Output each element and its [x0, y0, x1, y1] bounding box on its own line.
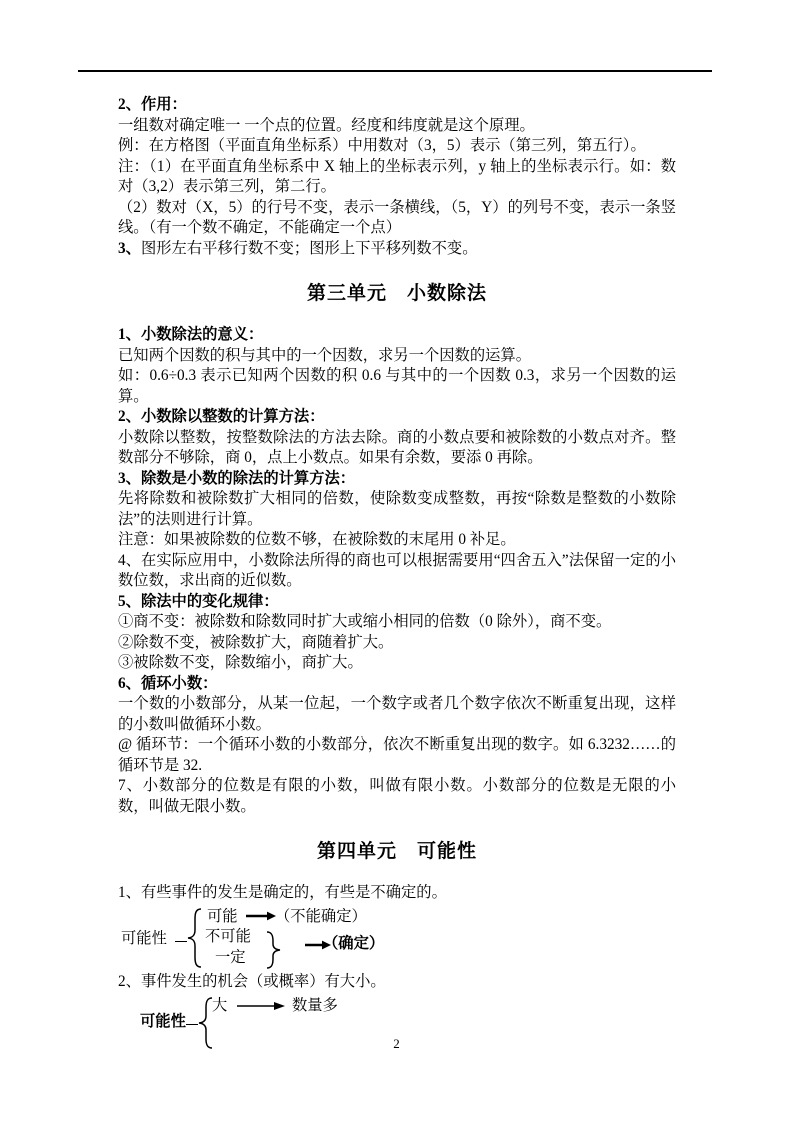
document-page: 2、作用： 一组数对确定唯一 一个点的位置。经度和纬度就是这个原理。 例：在方格… [0, 0, 793, 1122]
unit3-title: 第三单元 小数除法 [118, 281, 676, 307]
paragraph-text: 一个数的小数部分，从某一位起，一个数字或者几个数字依次不断重复出现，这样的小数叫… [118, 695, 676, 733]
paragraph-text: 如：0.6÷0.3 表示已知两个因数的积 0.6 与其中的一个因数 0.3，求另… [118, 367, 676, 405]
paragraph: 例：在方格图（平面直角坐标系）中用数对（3，5）表示（第三列，第五行）。 [118, 136, 676, 157]
paragraph-text: ②除数不变，被除数扩大，商随着扩大。 [118, 634, 393, 651]
paragraph: 注：（1）在平面直角坐标系中 X 轴上的坐标表示列，y 轴上的坐标表示行。如：数… [118, 157, 676, 198]
page-number: 2 [0, 1036, 793, 1052]
paragraph-text: 例：在方格图（平面直角坐标系）中用数对（3，5）表示（第三列，第五行）。 [118, 137, 646, 154]
diagram1-branch-impossible: 不可能 [205, 928, 251, 945]
diagram1-branch-certain: 一定 [215, 949, 246, 966]
paragraph: 1、小数除法的意义： [118, 325, 676, 346]
paragraph: 3、图形左右平移行数不变；图形上下平移列数不变。 [118, 239, 676, 260]
paragraph: 7、小数部分的位数是有限的小数，叫做有限小数。小数部分的位数是无限的小数，叫做无… [118, 776, 676, 817]
paragraph: ①商不变：被除数和除数同时扩大或缩小相同的倍数（0 除外），商不变。 [118, 612, 676, 633]
paragraph-bold-lead: 6、循环小数： [118, 675, 217, 692]
diagram1-result-uncertain: （不能确定） [275, 908, 367, 925]
paragraph-bold-lead: 5、除法中的变化规律： [118, 593, 279, 610]
paragraph: 一组数对确定唯一 一个点的位置。经度和纬度就是这个原理。 [118, 116, 676, 137]
paragraph: （2）数对（X，5）的行号不变，表示一条横线，（5，Y）的列号不变，表示一条竖线… [118, 198, 676, 239]
paragraph-text: 1、有些事件的发生是确定的，有些是不确定的。 [118, 884, 447, 901]
possibility-diagram-1: 可能性 可能 （不能确定） 不可能 一定 （确定） [118, 904, 676, 972]
unit4-title: 第四单元 可能性 [118, 839, 676, 865]
paragraph-text: 已知两个因数的积与其中的一个因数，求另一个因数的运算。 [118, 347, 531, 364]
diagram1-label: 可能性 [121, 930, 167, 947]
diagram2-label: 可能性 [140, 1013, 186, 1030]
paragraph: 一个数的小数部分，从某一位起，一个数字或者几个数字依次不断重复出现，这样的小数叫… [118, 694, 676, 735]
paragraph: 2、小数除以整数的计算方法： [118, 407, 676, 428]
connector-line [175, 941, 187, 942]
document-content: 2、作用： 一组数对确定唯一 一个点的位置。经度和纬度就是这个原理。 例：在方格… [118, 95, 676, 1054]
paragraph: 2、事件发生的机会（或概率）有大小。 [118, 972, 676, 993]
right-brace-icon [265, 931, 281, 969]
diagram1-result-certain: （确定） [323, 935, 384, 952]
paragraph-bold-lead: 3、 [118, 240, 141, 257]
paragraph-text: （2）数对（X，5）的行号不变，表示一条横线，（5，Y）的列号不变，表示一条竖线… [118, 199, 676, 237]
connector-line [186, 1024, 198, 1025]
paragraph-text: 一组数对确定唯一 一个点的位置。经度和纬度就是这个原理。 [118, 117, 535, 134]
paragraph: 小数除以整数，按整数除法的方法去除。商的小数点要和被除数的小数点对齐。整数部分不… [118, 428, 676, 469]
paragraph: 4、在实际应用中，小数除法所得的商也可以根据需要用“四舍五入”法保留一定的小数位… [118, 551, 676, 592]
paragraph-text: ①商不变：被除数和除数同时扩大或缩小相同的倍数（0 除外），商不变。 [118, 613, 611, 630]
paragraph: 5、除法中的变化规律： [118, 592, 676, 613]
paragraph-bold-lead: 3、除数是小数的除法的计算方法： [118, 470, 355, 487]
paragraph-text: 图形左右平移行数不变；图形上下平移列数不变。 [141, 240, 478, 257]
paragraph: 1、有些事件的发生是确定的，有些是不确定的。 [118, 883, 676, 904]
paragraph: 先将除数和被除数扩大相同的倍数，使除数变成整数，再按“除数是整数的小数除法”的法… [118, 489, 676, 530]
paragraph-bold-lead: 2、作用： [118, 96, 187, 113]
paragraph: 2、作用： [118, 95, 676, 116]
paragraph-text: @ 循环节：一个循环小数的小数部分，依次不断重复出现的数字。如 6.3232……… [118, 736, 676, 774]
paragraph: ③被除数不变，除数缩小，商扩大。 [118, 653, 676, 674]
paragraph: @ 循环节：一个循环小数的小数部分，依次不断重复出现的数字。如 6.3232……… [118, 735, 676, 776]
paragraph-text: 7、小数部分的位数是有限的小数，叫做有限小数。小数部分的位数是无限的小数，叫做无… [118, 777, 676, 815]
paragraph-text: ③被除数不变，除数缩小，商扩大。 [118, 654, 363, 671]
paragraph-bold-lead: 2、小数除以整数的计算方法： [118, 408, 325, 425]
paragraph-text: 4、在实际应用中，小数除法所得的商也可以根据需要用“四舍五入”法保留一定的小数位… [118, 552, 676, 590]
paragraph: 注意：如果被除数的位数不够，在被除数的末尾用 0 补足。 [118, 530, 676, 551]
arrow-right-icon [245, 909, 277, 923]
paragraph: 3、除数是小数的除法的计算方法： [118, 469, 676, 490]
header-rule [78, 70, 712, 72]
paragraph: 已知两个因数的积与其中的一个因数，求另一个因数的运算。 [118, 346, 676, 367]
diagram2-result-many: 数量多 [292, 997, 338, 1014]
paragraph: 6、循环小数： [118, 674, 676, 695]
paragraph-text: 注意：如果被除数的位数不够，在被除数的末尾用 0 补足。 [118, 531, 516, 548]
arrow-right-icon [236, 999, 286, 1013]
paragraph-text: 小数除以整数，按整数除法的方法去除。商的小数点要和被除数的小数点对齐。整数部分不… [118, 429, 676, 467]
paragraph-text: 先将除数和被除数扩大相同的倍数，使除数变成整数，再按“除数是整数的小数除法”的法… [118, 490, 676, 528]
paragraph-bold-lead: 1、小数除法的意义： [118, 326, 263, 343]
paragraph-text: 注：（1）在平面直角坐标系中 X 轴上的坐标表示列，y 轴上的坐标表示行。如：数… [118, 158, 676, 196]
diagram2-branch-big: 大 [212, 997, 227, 1014]
paragraph: 如：0.6÷0.3 表示已知两个因数的积 0.6 与其中的一个因数 0.3，求另… [118, 366, 676, 407]
paragraph: ②除数不变，被除数扩大，商随着扩大。 [118, 633, 676, 654]
left-brace-icon [187, 908, 203, 968]
diagram1-branch-possible: 可能 [207, 908, 238, 925]
paragraph-text: 2、事件发生的机会（或概率）有大小。 [118, 973, 386, 990]
